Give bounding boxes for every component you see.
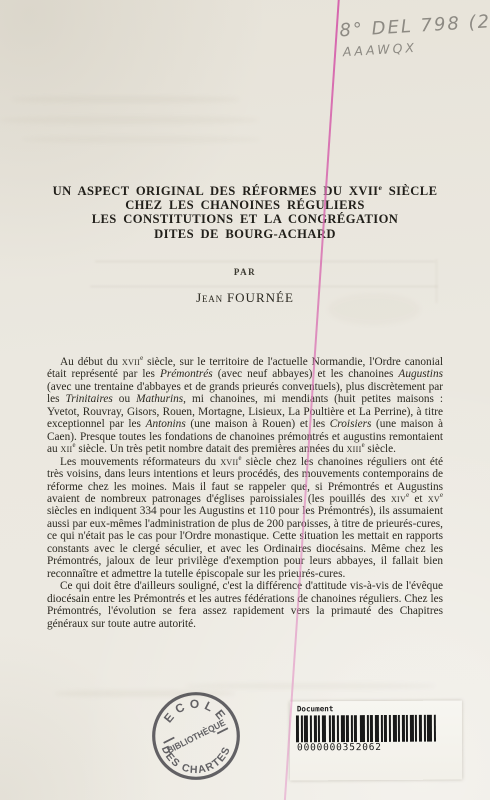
title-line-4: DITES DE BOURG-ACHARD (0, 227, 490, 241)
paragraph: Les mouvements réformateurs du xviie siè… (47, 456, 443, 581)
article-title: UN ASPECT ORIGINAL DES RÉFORMES DU XVIIe… (0, 184, 490, 241)
library-stamp: ECOLE DES CHARTES BIBLIOTHÈQUE (150, 690, 242, 782)
scanned-document-page: 8° DEL 798 (22) AAAWQX UN ASPECT ORIGINA… (0, 0, 490, 800)
author-name: Jean FOURNÉE (0, 290, 490, 306)
stamp-middle-text: BIBLIOTHÈQUE (165, 717, 227, 755)
author-last-name: FOURNÉE (227, 290, 294, 305)
shelfmark-annotation: 8° DEL 798 (22) AAAWQX (339, 12, 486, 60)
author-first-name: Jean (196, 290, 223, 305)
barcode-sticker: Document 0000000352062 (290, 701, 462, 781)
byline-par-label: PAR (0, 267, 490, 277)
paragraph: Ce qui doit être d'ailleurs souligné, c'… (47, 580, 443, 630)
barcode-icon (296, 715, 436, 743)
title-line-3: LES CONSTITUTIONS ET LA CONGRÉGATION (0, 212, 490, 226)
title-line-1: UN ASPECT ORIGINAL DES RÉFORMES DU XVIIe… (0, 184, 490, 198)
bleedthrough-smudge (22, 136, 260, 143)
paragraph: Au début du xviie siècle, sur le territo… (47, 356, 443, 456)
bleedthrough-line (90, 286, 438, 287)
barcode-number: 0000000352062 (297, 742, 382, 753)
bleedthrough-smudge (185, 683, 435, 689)
title-line-2: CHEZ LES CHANOINES RÉGULIERS (0, 198, 490, 212)
bleedthrough-line (95, 261, 435, 262)
bleedthrough-smudge (12, 96, 240, 103)
bleedthrough-smudge (0, 116, 258, 124)
barcode-label: Document (297, 704, 334, 713)
article-body: Au début du xviie siècle, sur le territo… (47, 356, 443, 630)
